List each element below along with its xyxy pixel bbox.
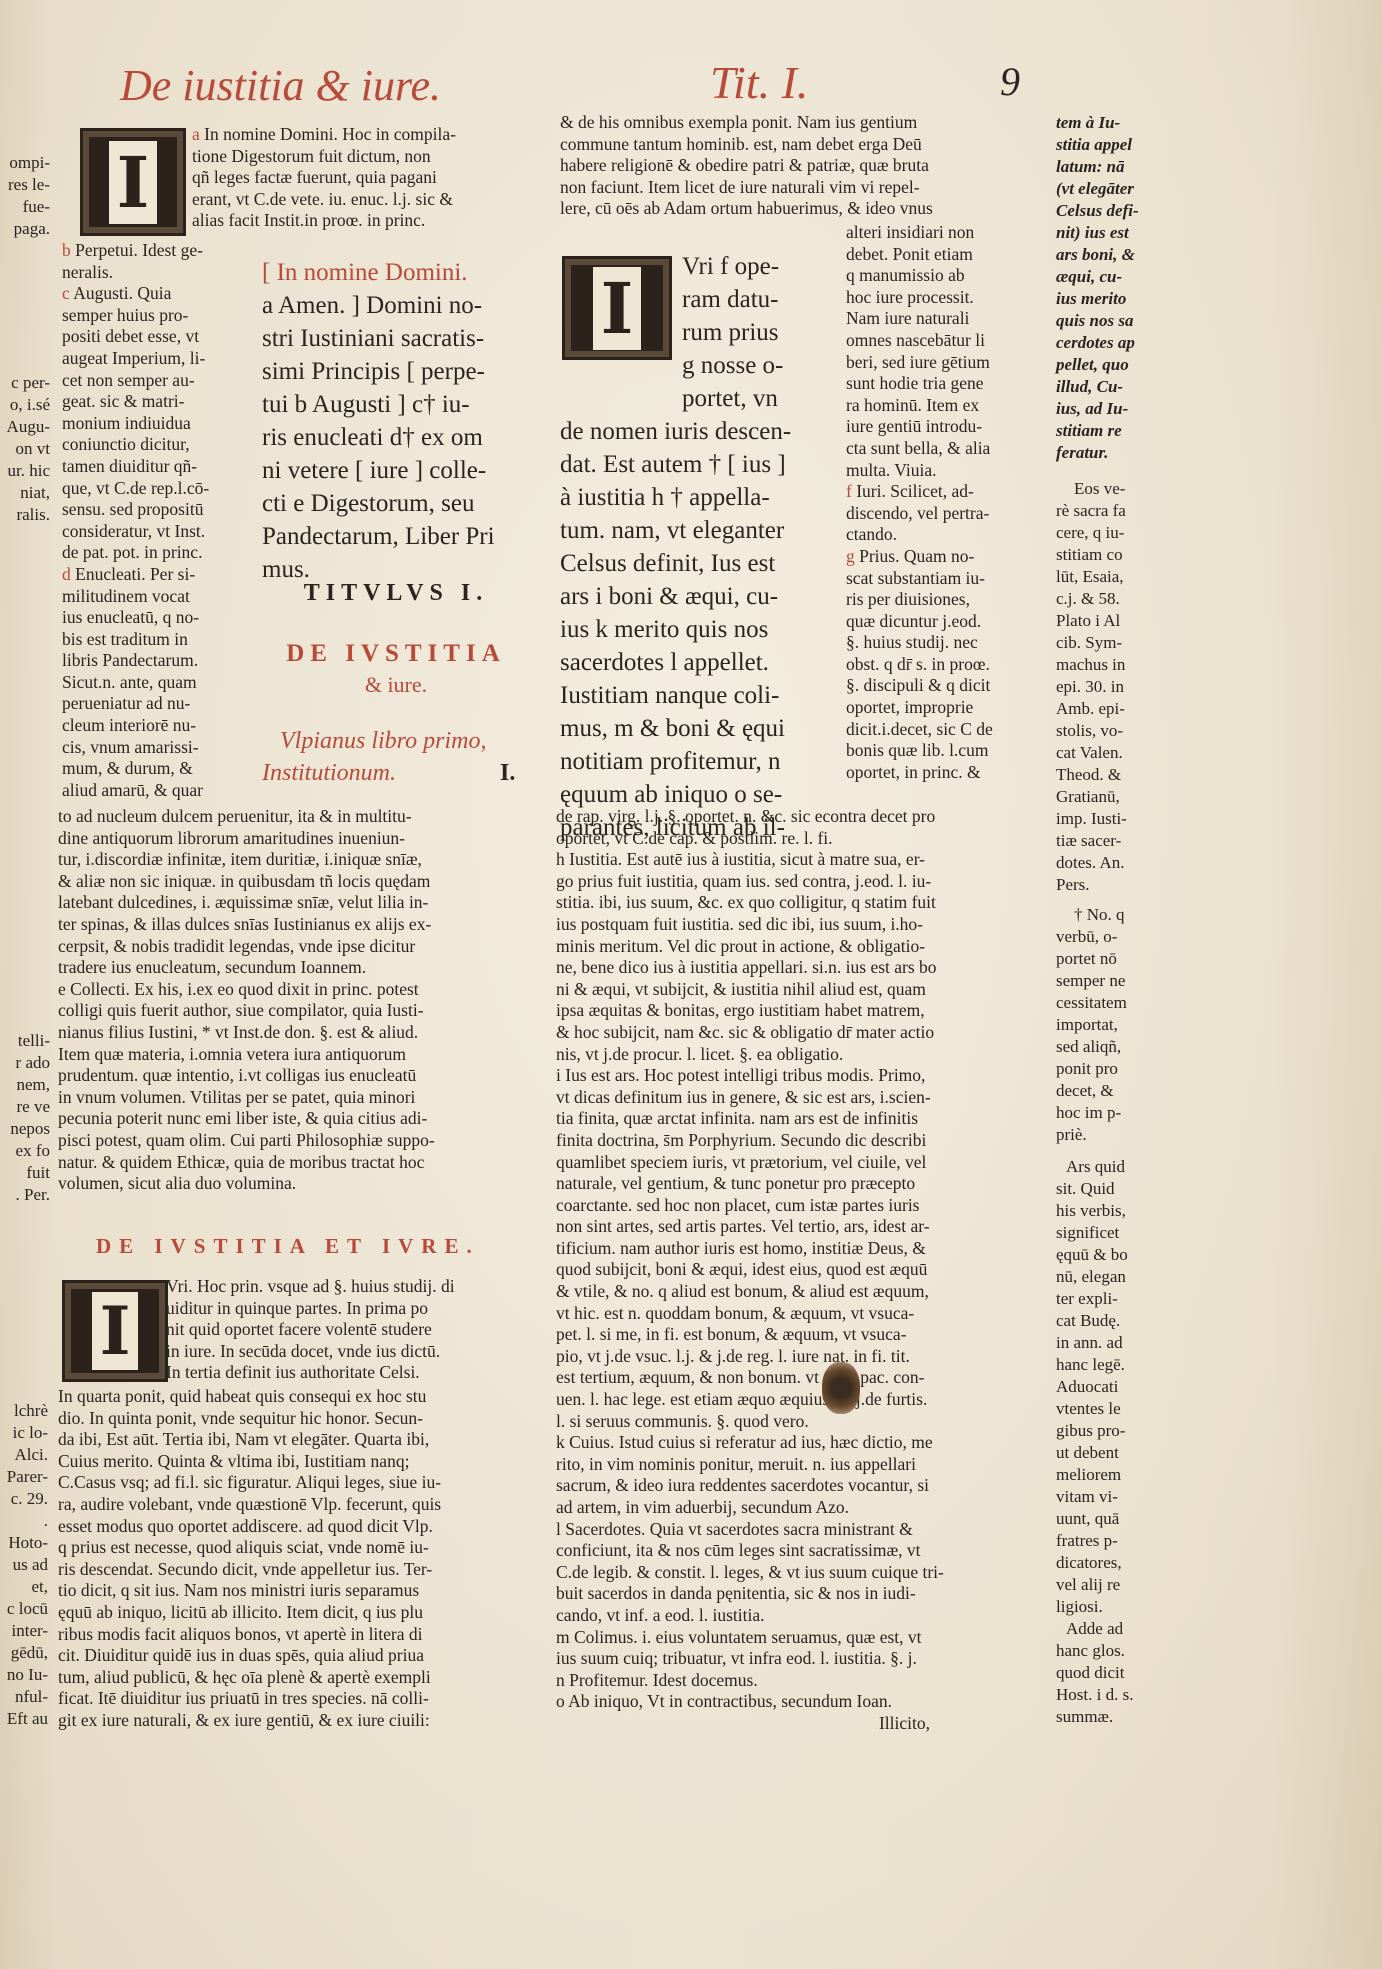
gloss-line: ęquū ab iniquo, licitū ab illicito. Item…: [58, 1602, 522, 1624]
margin-line: r ado: [0, 1052, 50, 1074]
margin-line: rè sacra fa: [1056, 500, 1166, 522]
law-number: I.: [500, 760, 515, 787]
gloss-line: ius enucleatū, q no-: [62, 607, 254, 629]
main-text-line: notitiam profitemur, n: [560, 745, 830, 778]
gloss-line: positi debet esse, vt: [62, 326, 254, 348]
gloss-line: debet. Ponit etiam: [846, 244, 1042, 266]
gloss-line: coarctante. sed hoc non placet, cum istæ…: [556, 1195, 1040, 1217]
margin-line: c.j. & 58.: [1056, 588, 1166, 610]
margin-line: pellet, quo: [1056, 354, 1166, 376]
margin-text: † No. q: [1074, 905, 1125, 924]
margin-line: dotes. An.: [1056, 852, 1166, 874]
gloss-line: ius suum cuiq; tribuatur, vt infra eod. …: [556, 1648, 1040, 1670]
gloss-line: q manumissio ab: [846, 265, 1042, 287]
gloss-marker: g: [846, 546, 855, 566]
gloss-line: d Enucleati. Per si-: [62, 564, 254, 586]
margin-line: ius, ad Iu-: [1056, 398, 1166, 420]
gloss-line: rito, in vim nominis ponitur, meruit. n.…: [556, 1454, 1040, 1476]
margin-line: telli-: [0, 1030, 50, 1052]
main-text-line: à iustitia h † appella-: [560, 481, 830, 514]
margin-line: c locū: [0, 1598, 48, 1620]
gloss-line: geat. sic & matri-: [62, 391, 254, 413]
margin-line: Hoto-: [0, 1532, 48, 1554]
gloss-line: In tertia definit ius authoritate Celsi.: [166, 1362, 522, 1384]
catchword: Illicito,: [556, 1713, 1040, 1735]
gloss-line: k Cuius. Istud cuius si referatur ad ius…: [556, 1432, 1040, 1454]
margin-line: o, i.sé: [0, 394, 50, 416]
main-text-line: Celsus definit, Ius est: [560, 547, 830, 580]
gloss-line: monium indiuidua: [62, 413, 254, 435]
margin-line: res le-: [0, 174, 50, 196]
gloss-line: obst. q dr̄ s. in proœ.: [846, 654, 1042, 676]
gloss-line: commune tantum hominib. est, nam debet e…: [560, 134, 1040, 156]
right-margin-italic-note: tem à Iu- stitia appel latum: nā (vt ele…: [1056, 112, 1166, 464]
margin-line: ars boni, &: [1056, 244, 1166, 266]
gloss-line: ad artem, in vim aduerbij, secundum Azo.: [556, 1497, 1040, 1519]
titulus-subtitle-2: & iure.: [262, 672, 530, 698]
gloss-line: naturale, vel gentium, & tunc ponetur pr…: [556, 1173, 1040, 1195]
gloss-line: cit. Diuiditur quidē ius in duas spēs, q…: [58, 1645, 522, 1667]
margin-line: semper ne: [1056, 970, 1166, 992]
gloss-line: latebant dulcedines, i. æquissimæ snīæ, …: [58, 892, 520, 914]
gloss-line: ribus modis facit aliquos bonos, vt aper…: [58, 1624, 522, 1646]
margin-line: stolis, vo-: [1056, 720, 1166, 742]
margin-line: nem,: [0, 1074, 50, 1096]
margin-line: gēdū,: [0, 1642, 48, 1664]
gloss-line: l Sacerdotes. Quia vt sacerdotes sacra m…: [556, 1519, 1040, 1541]
margin-line: stitiam co: [1056, 544, 1166, 566]
margin-line: ter expli-: [1056, 1288, 1166, 1310]
margin-line: uunt, quā: [1056, 1508, 1166, 1530]
margin-line: vtentes le: [1056, 1398, 1166, 1420]
gloss-line: a In nomine Domini. Hoc in compila-: [192, 124, 522, 146]
margin-line: Aduocati: [1056, 1376, 1166, 1398]
margin-line: Ars quid: [1056, 1156, 1166, 1178]
margin-line: ligiosi.: [1056, 1596, 1166, 1618]
main-text-line: g nosse o-: [560, 349, 830, 382]
gloss-line: stitia. ibi, ius suum, &c. ex quo collig…: [556, 892, 1040, 914]
margin-line: cessitatem: [1056, 992, 1166, 1014]
margin-line: no Iu-: [0, 1664, 48, 1686]
margin-line: summæ.: [1056, 1706, 1166, 1728]
gloss-line: & de his omnibus exempla ponit. Nam ius …: [560, 112, 1040, 134]
gloss-line: b Perpetui. Idest ge-: [62, 240, 254, 262]
gloss-line: g Prius. Quam no-: [846, 546, 1042, 568]
gloss-line: Nam iure naturali: [846, 308, 1042, 330]
gloss-text: Augusti. Quia: [73, 283, 171, 303]
gloss-marker: a: [192, 124, 200, 144]
gloss-line: neralis.: [62, 262, 254, 284]
gloss-line: bis est traditum in: [62, 629, 254, 651]
main-text-line: a Amen. ] Domini no-: [262, 289, 530, 322]
running-head: De iustitia & iure. Tit. I. 9: [120, 60, 1080, 110]
gloss-iuri-indented: Vri. Hoc prin. vsque ad §. huius studij.…: [166, 1276, 522, 1384]
gloss-left-full: to ad nucleum dulcem peruenitur, ita & i…: [58, 806, 520, 1195]
margin-line: meliorem: [1056, 1464, 1166, 1486]
gloss-line: C.de legib. & constit. l. leges, & vt iu…: [556, 1562, 1040, 1584]
gloss-line: colligi quis fuerit author, siue compila…: [58, 1000, 520, 1022]
gloss-line: & vtile, & no. q aliud est bonum, & aliu…: [556, 1281, 1040, 1303]
margin-line: (vt elegāter: [1056, 178, 1166, 200]
gloss-line: C.Casus vsq; ad fi.l. sic figuratur. Ali…: [58, 1472, 522, 1494]
gloss-line: dicit.i.decet, sic C de: [846, 719, 1042, 741]
gloss-marker: f: [846, 481, 852, 501]
gloss-line: quamlibet speciem iuris, vt prætorium, v…: [556, 1152, 1040, 1174]
gloss-line: non faciunt. Item licet de iure naturali…: [560, 177, 1040, 199]
gloss-line: oportet, improprie: [846, 697, 1042, 719]
gloss-line: tradere ius enucleatum, secundum Ioannem…: [58, 957, 520, 979]
gloss-line: coniunctio dicitur,: [62, 434, 254, 456]
gloss-line: go prius fuit iustitia, quam ius. sed co…: [556, 871, 1040, 893]
gloss-line: dine antiquorum librorum amaritudines in…: [58, 828, 520, 850]
gloss-text: Perpetui. Idest ge-: [75, 240, 203, 260]
gloss-line: ra, audire volebant, vnde quæstionē Vlp.…: [58, 1494, 522, 1516]
main-text-line: Vri f ope-: [560, 250, 830, 283]
margin-line: decet, &: [1056, 1080, 1166, 1102]
initial-letter: I: [92, 1292, 139, 1370]
margin-line: Adde ad: [1056, 1618, 1166, 1640]
left-margin-notes-middle: c per- o, i.sé Augu- on vt ur. hic niat,…: [0, 372, 50, 526]
main-text-line: stri Iustiniani sacratis-: [262, 322, 530, 355]
margin-line: hanc glos.: [1056, 1640, 1166, 1662]
main-text-line: cti e Digestorum, seu: [262, 487, 530, 520]
gloss-line: cerpsit, & nobis tradidit legendas, vnde…: [58, 936, 520, 958]
gloss-line: e Collecti. Ex his, i.ex eo quod dixit i…: [58, 979, 520, 1001]
margin-line: hoc im p-: [1056, 1102, 1166, 1124]
gloss-line: in iure. In secūda docet, vnde ius dictū…: [166, 1341, 522, 1363]
gloss-line: de rap. virg. l.j. §. oportet. n. &c. si…: [556, 806, 1040, 828]
gloss-text: In nomine Domini. Hoc in compila-: [204, 124, 456, 144]
margin-line: cib. Sym-: [1056, 632, 1166, 654]
margin-line: verbū, o-: [1056, 926, 1166, 948]
margin-line: portet nō: [1056, 948, 1166, 970]
titulus-subtitle: DE IVSTITIA: [262, 640, 530, 668]
margin-line: Theod. &: [1056, 764, 1166, 786]
running-head-titulus: Tit. I.: [710, 56, 808, 109]
margin-line: significet: [1056, 1222, 1166, 1244]
titulus-heading: TITVLVS I.: [262, 580, 530, 607]
margin-line: Parer-: [0, 1466, 48, 1488]
margin-line: vel alij re: [1056, 1574, 1166, 1596]
gloss-line: augeat Imperium, li-: [62, 348, 254, 370]
gloss-line: alteri insidiari non: [846, 222, 1042, 244]
gloss-line: perueniatur ad nu-: [62, 693, 254, 715]
gloss-line: m Colimus. i. eius voluntatem seruamus, …: [556, 1627, 1040, 1649]
gloss-line: alias facit Instit.in proœ. in princ.: [192, 210, 522, 232]
margin-line: ut debent: [1056, 1442, 1166, 1464]
gloss-line: ni & æqui, vt subijcit, & iustitia nihil…: [556, 979, 1040, 1001]
margin-line: paga.: [0, 218, 50, 240]
gloss-line: tione Digestorum fuit dictum, non: [192, 146, 522, 168]
gloss-line: c Augusti. Quia: [62, 283, 254, 305]
margin-line: c. 29.: [0, 1488, 48, 1510]
gloss-line: est tertium, æquum, & non bonum. vt C.de…: [556, 1367, 1040, 1389]
gloss-line: cando, vt inf. a eod. l. iustitia.: [556, 1605, 1040, 1627]
margin-line: ic lo-: [0, 1422, 48, 1444]
margin-line: Gratianū,: [1056, 786, 1166, 808]
gloss-line: cis, vnum amarissi-: [62, 737, 254, 759]
gloss-line: ter spinas, & illas dulces snīas Iustini…: [58, 914, 520, 936]
gloss-line: quod subijcit, boni & æqui, idest eius, …: [556, 1259, 1040, 1281]
gloss-text: Prius. Quam no-: [859, 546, 974, 566]
margin-line: dicatores,: [1056, 1552, 1166, 1574]
gloss-a-in-nomine: a In nomine Domini. Hoc in compila- tion…: [192, 124, 522, 232]
gloss-line: sacrum, & ideo iura reddentes sacerdotes…: [556, 1475, 1040, 1497]
section-heading: DE IVSTITIA ET IVRE.: [96, 1234, 516, 1259]
margin-line: c per-: [0, 372, 50, 394]
main-text-line: tui b Augusti ] c† iu-: [262, 388, 530, 421]
gloss-line: nis, vt j.de procur. l. licet. §. ea obl…: [556, 1044, 1040, 1066]
gloss-line: In quarta ponit, quid habeat quis conseq…: [58, 1386, 522, 1408]
gloss-line: tum, aliud publicū, & hęc oīa plenè & ap…: [58, 1667, 522, 1689]
margin-line: gibus pro-: [1056, 1420, 1166, 1442]
gloss-line: finita doctrina, s̄m Porphyrium. Secundo…: [556, 1130, 1040, 1152]
margin-line: imp. Iusti-: [1056, 808, 1166, 830]
margin-line: ralis.: [0, 504, 50, 526]
margin-line: epi. 30. in: [1056, 676, 1166, 698]
gloss-line: ra hominū. Item ex: [846, 395, 1042, 417]
margin-line: Eft au: [0, 1708, 48, 1730]
gloss-line: to ad nucleum dulcem peruenitur, ita & i…: [58, 806, 520, 828]
gloss-line: oportet, vt C.de cap. & postlim. re. l. …: [556, 828, 1040, 850]
gloss-line: de pat. pot. in princ.: [62, 542, 254, 564]
margin-line: Celsus defi-: [1056, 200, 1166, 222]
gloss-line: mum, & durum, &: [62, 758, 254, 780]
gloss-right-full: de rap. virg. l.j. §. oportet. n. &c. si…: [556, 806, 1040, 1735]
gloss-line: non sint artes, sed artis partes. Vel te…: [556, 1216, 1040, 1238]
gloss-line: que, vt C.de rep.l.cō-: [62, 478, 254, 500]
gloss-line: tificium. nam author iuris est homo, ins…: [556, 1238, 1040, 1260]
margin-line: hanc legē.: [1056, 1354, 1166, 1376]
gloss-line: consideratur, vt Inst.: [62, 521, 254, 543]
page-number: 9: [1000, 58, 1020, 105]
gloss-marker: d: [62, 564, 71, 584]
main-text-line: ars i boni & æqui, cu-: [560, 580, 830, 613]
gloss-line: sensu. sed propositū: [62, 499, 254, 521]
gloss-line: esset modus quo oportet addiscere. ad qu…: [58, 1516, 522, 1538]
margin-line: on vt: [0, 438, 50, 460]
gloss-line: lere, cū oēs ab Adam ortum habuerimus, &…: [560, 198, 1040, 220]
gloss-line: ris per diuisiones,: [846, 589, 1042, 611]
gloss-line: git ex iure naturali, & ex iure gentiū, …: [58, 1710, 522, 1732]
gloss-line: iure gentiū introdu-: [846, 416, 1042, 438]
right-margin-note-2: Eos ve- rè sacra fa cere, q iu- stitiam …: [1056, 478, 1166, 896]
gloss-line: ius postquam fuit iustitia. sed dic ibi,…: [556, 914, 1040, 936]
gloss-line: erant, vt C.de vete. iu. enuc. l.j. sic …: [192, 189, 522, 211]
gloss-line: hoc iure processit.: [846, 287, 1042, 309]
initial-letter: I: [109, 141, 158, 224]
gloss-line: tamen diuiditur qñ-: [62, 456, 254, 478]
gloss-line: Item quæ materia, i.omnia vetera iura an…: [58, 1044, 520, 1066]
margin-line: ius merito: [1056, 288, 1166, 310]
gloss-line: vt dicas definitum ius in genere, & sic …: [556, 1087, 1040, 1109]
main-text-line: dat. Est autem † [ ius ]: [560, 448, 830, 481]
margin-line: lūt, Esaia,: [1056, 566, 1166, 588]
margin-line: stitia appel: [1056, 134, 1166, 156]
gloss-line: semper huius pro-: [62, 305, 254, 327]
gloss-right-column: alteri insidiari non debet. Ponit etiam …: [846, 222, 1042, 783]
left-margin-notes-lower: telli- r ado nem, re ve nepos ex fo fuit…: [0, 1030, 50, 1206]
gloss-line: h Iustitia. Est autē ius à iustitia, sic…: [556, 849, 1040, 871]
margin-line: ex fo: [0, 1140, 50, 1162]
gloss-line: vt hic. est n. quoddam bonum, & æquum, v…: [556, 1303, 1040, 1325]
main-text-line: [ In nomine Domini.: [262, 256, 530, 289]
margin-line: quod dicit: [1056, 1662, 1166, 1684]
decorated-initial-iuri-gloss: I: [62, 1280, 168, 1382]
margin-line: nit) ius est: [1056, 222, 1166, 244]
gloss-line: ctando.: [846, 524, 1042, 546]
margin-line: priè.: [1056, 1124, 1166, 1146]
source-attribution-2: Institutionum.: [262, 760, 482, 787]
gloss-line: qñ leges factæ fuerunt, quia pagani: [192, 167, 522, 189]
margin-line: his verbis,: [1056, 1200, 1166, 1222]
gloss-line: libris Pandectarum.: [62, 650, 254, 672]
margin-line: machus in: [1056, 654, 1166, 676]
gloss-line: cet non semper au-: [62, 370, 254, 392]
main-text-line: ram datu-: [560, 283, 830, 316]
margin-line: sit. Quid: [1056, 1178, 1166, 1200]
margin-line: quis nos sa: [1056, 310, 1166, 332]
gloss-line: tio dicit, q sit ius. Nam nos ministri i…: [58, 1580, 522, 1602]
main-text-line: de nomen iuris descen-: [560, 415, 830, 448]
gloss-line: ficat. Itē diuiditur ius priuatū in tres…: [58, 1688, 522, 1710]
gloss-line: Cuius merito. Quinta & vltima ibi, Iusti…: [58, 1451, 522, 1473]
gloss-line: cleum interiorē nu-: [62, 715, 254, 737]
main-text-line: Pandectarum, Liber Pri: [262, 520, 530, 553]
running-head-title: De iustitia & iure.: [120, 60, 441, 111]
gloss-line: discendo, vel pertra-: [846, 503, 1042, 525]
gloss-line: n Profitemur. Idest docemus.: [556, 1670, 1040, 1692]
gloss-line: & hoc subijcit, nam &c. sic & obligatio …: [556, 1022, 1040, 1044]
main-text-line: ni vetere [ iure ] colle-: [262, 454, 530, 487]
margin-line: importat,: [1056, 1014, 1166, 1036]
gloss-top-right: & de his omnibus exempla ponit. Nam ius …: [560, 112, 1040, 220]
right-margin-note-3: † No. q verbū, o- portet nō semper ne ce…: [1056, 904, 1166, 1146]
gloss-line: quæ dicuntur j.eod.: [846, 611, 1042, 633]
margin-line: .: [0, 1510, 48, 1532]
main-text-line: simi Principis [ perpe-: [262, 355, 530, 388]
main-text-intro: [ In nomine Domini. a Amen. ] Domini no-…: [262, 256, 530, 586]
margin-line: cat Valen.: [1056, 742, 1166, 764]
gloss-line: tia finita, quæ arctat infinita. nam ars…: [556, 1108, 1040, 1130]
source-attribution: Vlpianus libro primo,: [280, 728, 530, 755]
margin-line: fue-: [0, 196, 50, 218]
left-margin-notes-top: ompi- res le- fue- paga.: [0, 152, 50, 240]
main-text-line: ris enucleati d† ex om: [262, 421, 530, 454]
margin-line: ompi-: [0, 152, 50, 174]
margin-line: inter-: [0, 1620, 48, 1642]
gloss-line: §. discipuli & q dicit: [846, 675, 1042, 697]
margin-line: nepos: [0, 1118, 50, 1140]
gloss-left-column: b Perpetui. Idest ge- neralis. c Augusti…: [62, 240, 254, 801]
margin-line: re ve: [0, 1096, 50, 1118]
margin-line: stitiam re: [1056, 420, 1166, 442]
gloss-line: Vri. Hoc prin. vsque ad §. huius studij.…: [166, 1276, 522, 1298]
margin-line: feratur.: [1056, 442, 1166, 464]
margin-line: nful-: [0, 1686, 48, 1708]
gloss-line: in vnum volumen. Vtilitas per se patet, …: [58, 1087, 520, 1109]
margin-line: Host. i d. s.: [1056, 1684, 1166, 1706]
main-text-line: portet, vn: [560, 382, 830, 415]
margin-line: et,: [0, 1576, 48, 1598]
margin-line: fratres p-: [1056, 1530, 1166, 1552]
gloss-line: l. si seruus communis. §. quod vero.: [556, 1411, 1040, 1433]
margin-line: . Per.: [0, 1184, 50, 1206]
gloss-line: cta sunt bella, & alia: [846, 438, 1042, 460]
gloss-line: q prius est necesse, quod aliquis sciat,…: [58, 1537, 522, 1559]
gloss-line: uiditur in quinque partes. In prima po: [166, 1298, 522, 1320]
gloss-line: ipsa æquitas & bonitas, ergo iustitiam h…: [556, 1000, 1040, 1022]
gloss-line: uen. l. hac lege. est etiam æquo æquius,…: [556, 1389, 1040, 1411]
main-text-line: sacerdotes l appellet.: [560, 646, 830, 679]
ink-stain: [822, 1362, 860, 1414]
gloss-line: habere religionē & obedire patri & patri…: [560, 155, 1040, 177]
margin-line: ponit pro: [1056, 1058, 1166, 1080]
right-margin-note-4: Ars quid sit. Quid his verbis, significe…: [1056, 1156, 1166, 1728]
margin-line: niat,: [0, 482, 50, 504]
margin-line: Alci.: [0, 1444, 48, 1466]
left-margin-notes-bottom: lchrè ic lo- Alci. Parer- c. 29. . Hoto-…: [0, 1400, 48, 1730]
gloss-line: pisci potest, quam olim. Cui parti Philo…: [58, 1130, 520, 1152]
margin-line: nū, elegan: [1056, 1266, 1166, 1288]
margin-line: Plato i Al: [1056, 610, 1166, 632]
margin-line: æqui, cu-: [1056, 266, 1166, 288]
gloss-line: nianus filius Iustini, * vt Inst.de don.…: [58, 1022, 520, 1044]
margin-line: cat Budę.: [1056, 1310, 1166, 1332]
gloss-line: bonis quæ lib. l.cum: [846, 740, 1042, 762]
gloss-line: ne, bene dico ius à iustitia appellari. …: [556, 957, 1040, 979]
margin-line: Amb. epi-: [1056, 698, 1166, 720]
gloss-line: multa. Viuia.: [846, 460, 1042, 482]
margin-line: us ad: [0, 1554, 48, 1576]
gloss-line: buit sacerdos in danda pęnitentia, sic &…: [556, 1583, 1040, 1605]
gloss-line: nit quid oportet facere volentē studere: [166, 1319, 522, 1341]
gloss-line: Sicut.n. ante, quam: [62, 672, 254, 694]
margin-line: illud, Cu-: [1056, 376, 1166, 398]
decorated-initial-i: I: [80, 128, 186, 236]
gloss-line: §. huius studij. nec: [846, 632, 1042, 654]
main-text-line: Iustitiam nanque coli-: [560, 679, 830, 712]
margin-line: † No. q: [1056, 904, 1166, 926]
main-text-line: tum. nam, vt eleganter: [560, 514, 830, 547]
gloss-line: dio. In quinta ponit, vnde sequitur hic …: [58, 1408, 522, 1430]
gloss-text: Iuri. Scilicet, ad-: [856, 481, 974, 501]
margin-line: sed aliqñ,: [1056, 1036, 1166, 1058]
gloss-line: aliud amarū, & quar: [62, 780, 254, 802]
gloss-line: tur, i.discordiæ infinitæ, item duritiæ,…: [58, 849, 520, 871]
gloss-line: da ibi, Est aūt. Tertia ibi, Nam vt eleg…: [58, 1429, 522, 1451]
gloss-line: omnes nascebātur li: [846, 330, 1042, 352]
margin-line: fuit: [0, 1162, 50, 1184]
margin-line: cere, q iu-: [1056, 522, 1166, 544]
gloss-line: beri, sed iure gētium: [846, 352, 1042, 374]
margin-line: ęquū & bo: [1056, 1244, 1166, 1266]
margin-line: Eos ve-: [1056, 478, 1166, 500]
margin-line: vitam vi-: [1056, 1486, 1166, 1508]
margin-line: tem à Iu-: [1056, 112, 1166, 134]
margin-line: Pers.: [1056, 874, 1166, 896]
margin-line: tiæ sacer-: [1056, 830, 1166, 852]
gloss-line: oportet, in princ. &: [846, 762, 1042, 784]
page-scan: De iustitia & iure. Tit. I. 9 ompi- res …: [0, 0, 1382, 1969]
main-text-line: ius k merito quis nos: [560, 613, 830, 646]
margin-line: lchrè: [0, 1400, 48, 1422]
main-text-line: rum prius: [560, 316, 830, 349]
gloss-line: & aliæ non sic iniquæ. in quibusdam tñ l…: [58, 871, 520, 893]
gloss-line: minis meritum. Vel dic prout in actione,…: [556, 936, 1040, 958]
margin-line: in ann. ad: [1056, 1332, 1166, 1354]
gloss-line: conficiunt, ita & nos cūm leges sint sac…: [556, 1540, 1040, 1562]
